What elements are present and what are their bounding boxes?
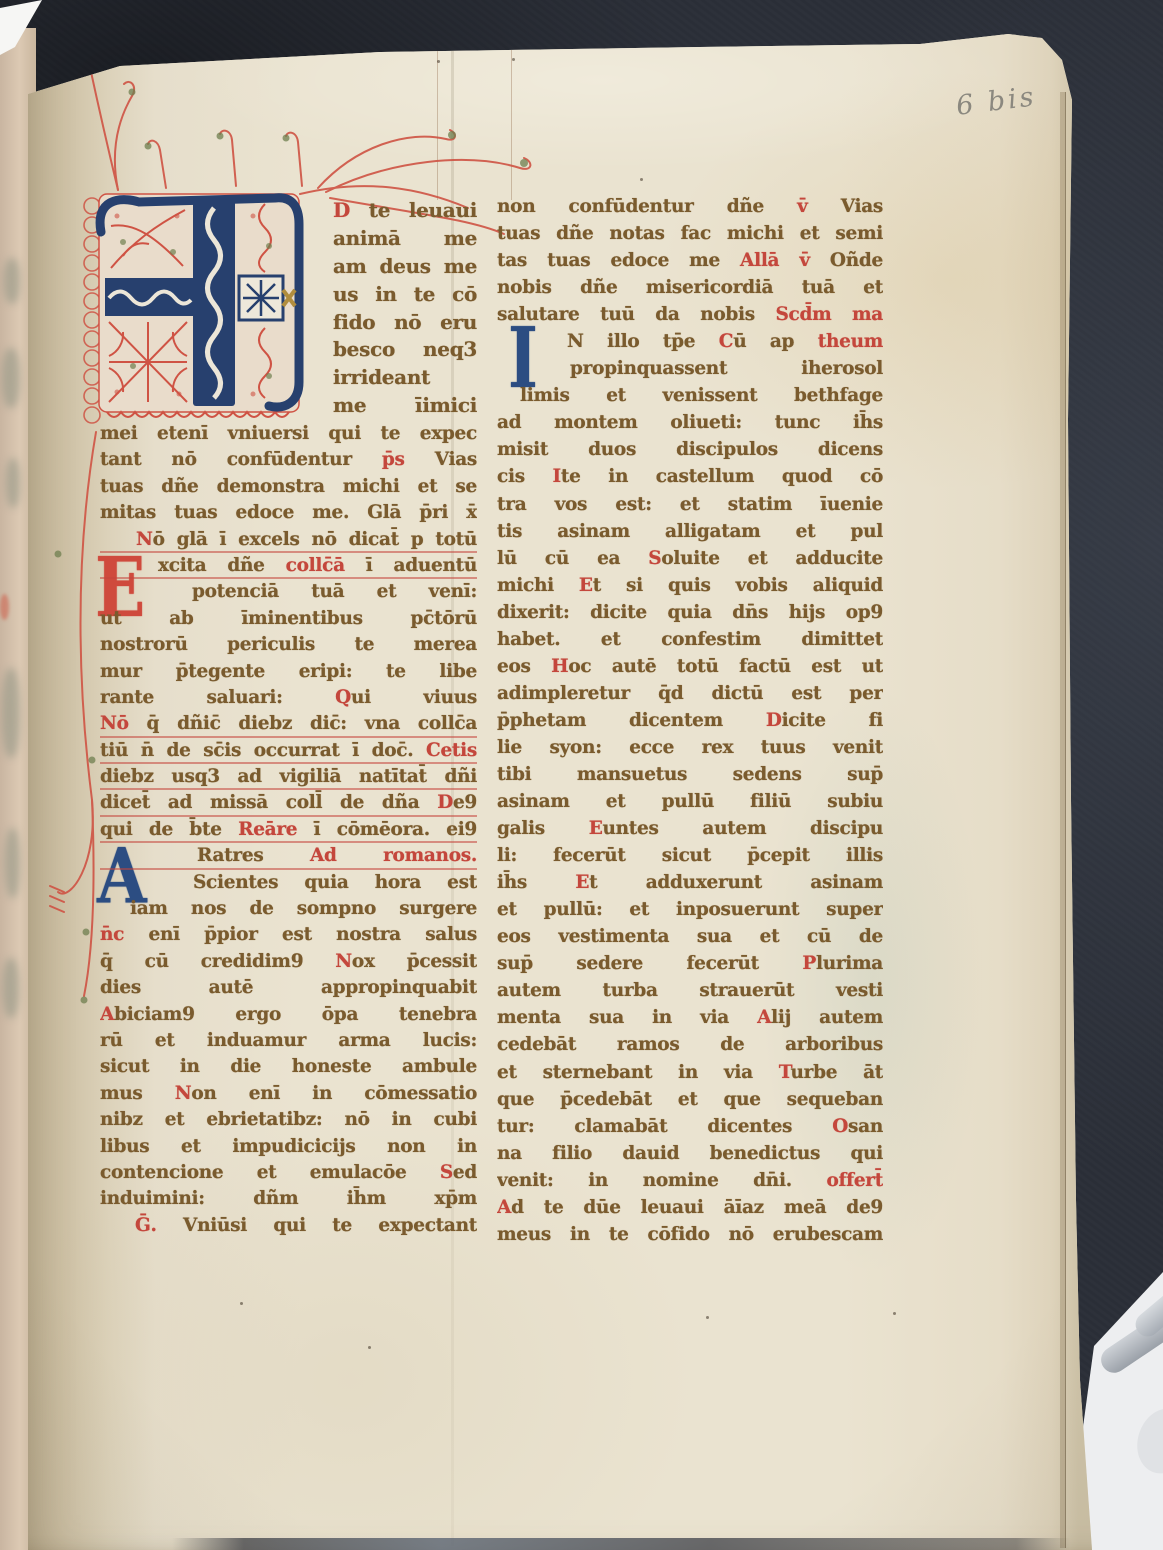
text-line: et pullū: et inposuerunt super <box>497 896 883 923</box>
body-text: michi <box>497 575 579 596</box>
body-text: Vias <box>435 449 477 470</box>
text-line: tuas dñe demonstra michi et se <box>100 474 477 500</box>
text-line: venit: in nomine dn̄i. offert̄ <box>497 1167 883 1194</box>
text-line: eos Hoc autē totū factū est ut <box>497 653 883 680</box>
body-text: ut ab īminentibus pc̄tōrū <box>100 608 477 629</box>
body-text: t adduxerunt asinam <box>589 872 883 893</box>
body-text: tur: clamabāt dicentes <box>497 1116 832 1137</box>
body-text: lū cū ea <box>497 548 648 569</box>
text-line: sup̄ sedere fecerūt Plurima <box>497 950 883 977</box>
rubric-text: collc̄ā <box>286 555 366 576</box>
body-text: tant nō confūdentur <box>100 449 382 470</box>
text-line: contencione et emulacōe Sed <box>100 1160 477 1186</box>
rubric-text: Cetis <box>426 740 477 761</box>
text-line: mus Non enī in cōmessatio <box>100 1081 477 1107</box>
text-line: D te leuaui <box>333 197 477 225</box>
text-line: Nō q̄ dñic̄ diebz dic̄: vna collc̄a <box>100 711 477 737</box>
body-text: tibi mansuetus sedens sup̄ <box>497 764 883 785</box>
rubric-text: Q <box>335 687 351 708</box>
body-text: adimpleretur q̄d dictū est per <box>497 683 883 704</box>
text-line: libus et impudicicijs non in <box>100 1134 477 1160</box>
body-text: potenciā tuā et venī: <box>192 581 477 602</box>
body-text: sicut in die honeste ambule <box>100 1056 477 1077</box>
body-text: cis <box>497 466 553 487</box>
body-text: autem turba strauerūt vesti <box>497 980 883 1001</box>
manuscript-photo: E A I D te leuauianimā meam deus meus in… <box>0 0 1163 1550</box>
body-text: te in castellum quod cō <box>561 466 883 487</box>
text-line: rū et induamur arma lucis: <box>100 1028 477 1054</box>
rubric-text: O <box>832 1116 848 1137</box>
text-line: adimpleretur q̄d dictū est per <box>497 680 883 707</box>
rubric-text: E <box>589 818 603 839</box>
rubric-text: N <box>136 529 153 550</box>
body-text: tiū n̄ de sc̄is occurrat ī doc̄. <box>100 740 426 761</box>
body-text: lij autem <box>771 1007 883 1028</box>
body-text: fido nō eru <box>333 310 477 334</box>
text-line: besco neq3 <box>333 336 477 364</box>
text-line: diebz usq3 ad vigiliā natītat̄ dñi <box>100 764 477 790</box>
body-text: libus et impudicicijs non in <box>100 1136 477 1157</box>
left-column: mei etenī vniuersi qui te expectant nō c… <box>100 421 477 1239</box>
body-text: lurima <box>816 953 883 974</box>
body-text: on enī in cōmessatio <box>191 1083 477 1104</box>
body-text: d te dūe leuaui āīaz meā de9 <box>511 1197 883 1218</box>
rubric-text: Ḡ. <box>135 1215 183 1236</box>
text-line: misit duos discipulos dicens <box>497 436 883 463</box>
body-text: irrideant <box>333 365 430 389</box>
body-text: nobis dñe misericordiā tuā et <box>497 277 883 298</box>
body-text: contencione et emulacōe <box>100 1162 440 1183</box>
body-text: san <box>848 1116 883 1137</box>
text-line: tuas dñe notas fac michi et semi <box>497 220 883 247</box>
text-line: limis et venissent bethfage <box>497 382 883 409</box>
text-line: animā me <box>333 225 477 253</box>
text-line: potenciā tuā et venī: <box>100 579 477 605</box>
text-layer: D te leuauianimā meam deus meus in te cō… <box>0 0 1163 1550</box>
body-text: salutare tuū da nobis <box>497 304 775 325</box>
rubric-text: offert̄ <box>826 1170 883 1191</box>
body-text: tuas dñe demonstra michi et se <box>100 476 477 497</box>
body-text: qui de b̄te <box>100 819 238 840</box>
text-line: tur: clamabāt dicentes Osan <box>497 1113 883 1140</box>
text-line: q̄ cū credidim9 Nox p̄cessit <box>100 949 477 975</box>
text-line: habet. et confestim dimittet <box>497 626 883 653</box>
rubric-text: v̄ <box>797 196 841 217</box>
page-bottom-edge <box>172 1538 1070 1550</box>
text-line: lie syon: ecce rex tuus venit <box>497 734 883 761</box>
rubric-text: n̄c <box>100 924 148 945</box>
body-text: dies autē appropinquabit <box>100 977 477 998</box>
text-line: cis Ite in castellum quod cō <box>497 463 883 490</box>
rubric-text: theum <box>818 331 883 352</box>
body-text: ū ap <box>733 331 818 352</box>
text-line: fido nō eru <box>333 309 477 337</box>
body-text: biciam9 ergo ōpa tenebra <box>114 1004 477 1025</box>
text-line: menta sua in via Alij autem <box>497 1004 883 1031</box>
text-line: autem turba strauerūt vesti <box>497 977 883 1004</box>
text-line: ad montem oliueti: tunc ih̄s <box>497 409 883 436</box>
body-text: Oñde <box>830 250 883 271</box>
rubric-text: E <box>575 872 589 893</box>
text-line: us in te cō <box>333 281 477 309</box>
body-text: ox p̄cessit <box>352 951 477 972</box>
body-text: mei etenī vniuersi qui te expec <box>100 423 477 444</box>
body-text: sup̄ sedere fecerūt <box>497 953 802 974</box>
body-text: meus in te cōfido nō erubescam <box>497 1224 883 1245</box>
show-through-text <box>5 828 20 898</box>
text-line: et sternebant in via Turbe āt <box>497 1059 883 1086</box>
text-line: mei etenī vniuersi qui te expec <box>100 421 477 447</box>
text-line: li: fecerūt sicut p̄cepit illis <box>497 842 883 869</box>
text-line: propinquassent iherosol <box>497 355 883 382</box>
text-line: mitas tuas edoce me. Glā p̄ri x̄ <box>100 500 477 526</box>
show-through-text <box>4 258 20 304</box>
body-text: nibz et ebrietatibz: nō in cubi <box>100 1109 477 1130</box>
text-line: nostrorū periculis te merea <box>100 632 477 658</box>
body-text: ī aduentū <box>366 555 477 576</box>
body-text: oluite et adducite <box>661 548 883 569</box>
body-text: me īimici <box>333 393 477 417</box>
text-line: lū cū ea Soluite et adducite <box>497 545 883 572</box>
show-through-text <box>2 668 20 758</box>
text-line: p̄phetam dicentem Dicite fi <box>497 707 883 734</box>
text-line: induimini: dñm ih̄m xp̄m <box>100 1186 477 1212</box>
text-line: Ḡ. Vniūsi qui te expectant <box>100 1213 477 1239</box>
body-text: us in te cō <box>333 282 477 306</box>
body-text: habet. et confestim dimittet <box>497 629 883 650</box>
text-line: tas tuas edoce me Allā v̄ Oñde <box>497 247 883 274</box>
body-text: t si quis vobis aliquid <box>593 575 883 596</box>
rubric-text: E <box>579 575 593 596</box>
text-line: Scientes quia hora est <box>100 870 477 896</box>
text-line: tis asinam alligatam et pul <box>497 518 883 545</box>
body-text: venit: in nomine dn̄i. <box>497 1170 826 1191</box>
body-text: que p̄cedebāt et que sequeban <box>497 1089 883 1110</box>
body-text: ad montem oliueti: tunc ih̄s <box>497 412 883 433</box>
text-line: non confūdentur dñe v̄ Vias <box>497 193 883 220</box>
rubric-text: S <box>440 1162 453 1183</box>
body-text: dixerit: dicite quia dn̄s hijs op9 <box>497 602 883 623</box>
text-line: dicet̄ ad missā coll̄ de dña De9 <box>100 790 477 816</box>
body-text: propinquassent iherosol <box>570 358 883 379</box>
body-text: induimini: dñm ih̄m xp̄m <box>100 1188 477 1209</box>
text-line: iam nos de sompno surgere <box>100 896 477 922</box>
text-line: n̄c enī p̄pior est nostra salus <box>100 922 477 948</box>
body-text: dicet̄ ad missā coll̄ de dña <box>100 792 437 813</box>
body-text: na filio dauid benedictus qui <box>497 1143 883 1164</box>
body-text: mitas tuas edoce me. Glā p̄ri x̄ <box>100 502 477 523</box>
rubric-text: Reāre <box>238 819 314 840</box>
text-line: cedebāt ramos de arboribus <box>497 1031 883 1058</box>
body-text: enī p̄pior est nostra salus <box>148 924 477 945</box>
text-line: nobis dñe misericordiā tuā et <box>497 274 883 301</box>
body-text: urbe āt <box>790 1062 883 1083</box>
rubric-text: D <box>766 710 782 731</box>
intro-column: D te leuauianimā meam deus meus in te cō… <box>333 197 477 420</box>
body-text: non confūdentur dñe <box>497 196 797 217</box>
text-line: michi Et si quis vobis aliquid <box>497 572 883 599</box>
text-line: nibz et ebrietatibz: nō in cubi <box>100 1107 477 1133</box>
body-text: tuas dñe notas fac michi et semi <box>497 223 883 244</box>
body-text: mur p̄tegente eripi: te libe <box>100 661 477 682</box>
text-line: me īimici <box>333 392 477 420</box>
body-text: Scientes quia hora est <box>193 872 477 893</box>
text-line: qui de b̄te Reāre ī cōmēora. ei9 <box>100 817 477 843</box>
show-through-text <box>6 458 20 508</box>
body-text: besco neq3 <box>333 337 477 361</box>
body-text: ī cōmēora. ei9 <box>314 819 477 840</box>
body-text: eos <box>497 656 551 677</box>
body-text: galis <box>497 818 589 839</box>
text-line: ih̄s Et adduxerunt asinam <box>497 869 883 896</box>
show-through-text <box>2 348 20 408</box>
show-through-rubric <box>0 594 9 620</box>
text-line: tibi mansuetus sedens sup̄ <box>497 761 883 788</box>
rubric-text: p̄s <box>382 449 435 470</box>
body-text: ih̄s <box>497 872 575 893</box>
text-line: ut ab īminentibus pc̄tōrū <box>100 606 477 632</box>
text-line: que p̄cedebāt et que sequeban <box>497 1086 883 1113</box>
body-text: ō glā ī excels nō dicat̄ p totū <box>153 529 477 550</box>
rubric-text: S <box>648 548 661 569</box>
rubric-text: A <box>757 1007 771 1028</box>
body-text: limis et venissent bethfage <box>520 385 883 406</box>
body-text: rū et induamur arma lucis: <box>100 1030 477 1051</box>
text-line: irrideant <box>333 364 477 392</box>
body-text: lie syon: ecce rex tuus venit <box>497 737 883 758</box>
body-text: Vias <box>841 196 883 217</box>
text-line: Ratres Ad romanos. <box>100 843 477 869</box>
text-line: salutare tuū da nobis Scd̄m ma <box>497 301 883 328</box>
rubric-text: A <box>100 1004 114 1025</box>
text-line: rante saluari: Qui viuus <box>100 685 477 711</box>
rubric-text: D <box>333 198 369 222</box>
text-line: sicut in die honeste ambule <box>100 1054 477 1080</box>
body-text: Vniūsi qui te expectant <box>183 1215 477 1236</box>
body-text: animā me <box>333 226 477 250</box>
body-text: cedebāt ramos de arboribus <box>497 1034 883 1055</box>
text-line: meus in te cōfido nō erubescam <box>497 1221 883 1248</box>
body-text: q̄ dñic̄ diebz dic̄: vna collc̄a <box>147 713 477 734</box>
body-text: et sternebant in via <box>497 1062 779 1083</box>
rubric-text: N <box>335 951 352 972</box>
rubric-text: Nō <box>100 713 147 734</box>
rubric-text: A <box>497 1197 511 1218</box>
rubric-text: H <box>551 656 568 677</box>
body-text: xcita dñe <box>158 555 286 576</box>
body-text: icite fi <box>782 710 883 731</box>
body-text: ed <box>453 1162 477 1183</box>
body-text: te leuaui <box>369 198 477 222</box>
body-text: Ratres <box>197 845 310 866</box>
text-line: eos vestimenta sua et cū de <box>497 923 883 950</box>
body-text: li: fecerūt sicut p̄cepit illis <box>497 845 883 866</box>
text-line: Nō glā ī excels nō dicat̄ p totū <box>100 527 477 553</box>
text-line: N illo tp̄e Cū ap theum <box>497 328 883 355</box>
body-text: am deus me <box>333 254 477 278</box>
body-text: untes autem discipu <box>603 818 884 839</box>
body-text: diebz usq3 ad vigiliā natītat̄ dñi <box>100 766 477 787</box>
text-line: tant nō confūdentur p̄s Vias <box>100 447 477 473</box>
rubric-text: Ad romanos. <box>310 845 477 866</box>
body-text: q̄ cū credidim9 <box>100 951 335 972</box>
body-text: e9 <box>453 792 477 813</box>
text-line: na filio dauid benedictus qui <box>497 1140 883 1167</box>
text-line: tra vos est: et statim īuenie <box>497 491 883 518</box>
body-text: et pullū: et inposuerunt super <box>497 899 883 920</box>
rubric-text: T <box>779 1062 791 1083</box>
body-text: mus <box>100 1083 175 1104</box>
text-line: mur p̄tegente eripi: te libe <box>100 659 477 685</box>
body-text: iam nos de sompno surgere <box>130 898 477 919</box>
body-text: p̄phetam dicentem <box>497 710 766 731</box>
body-text: asinam et pullū filiū subiu <box>497 791 883 812</box>
text-line: tiū n̄ de sc̄is occurrat ī doc̄. Cetis <box>100 738 477 764</box>
text-line: dies autē appropinquabit <box>100 975 477 1001</box>
rubric-text: D <box>437 792 453 813</box>
rubric-text: C <box>719 331 733 352</box>
text-line: xcita dñe collc̄ā ī aduentū <box>100 553 477 579</box>
body-text: tas tuas edoce me <box>497 250 740 271</box>
body-text: misit duos discipulos dicens <box>497 439 883 460</box>
body-text: N illo tp̄e <box>567 331 719 352</box>
body-text: eos vestimenta sua et cū de <box>497 926 883 947</box>
rubric-text: Scd̄m ma <box>775 304 883 325</box>
body-text: ui viuus <box>351 687 477 708</box>
text-line: dixerit: dicite quia dn̄s hijs op9 <box>497 599 883 626</box>
manuscript-page: E A I D te leuauianimā meam deus meus in… <box>0 0 1163 1550</box>
body-text: nostrorū periculis te merea <box>100 634 477 655</box>
body-text: tis asinam alligatam et pul <box>497 521 883 542</box>
text-line: Abiciam9 ergo ōpa tenebra <box>100 1002 477 1028</box>
body-text: tra vos est: et statim īuenie <box>497 494 883 515</box>
show-through-text <box>3 958 19 1018</box>
text-line: am deus me <box>333 253 477 281</box>
rubric-text: I <box>553 466 561 487</box>
text-line: galis Euntes autem discipu <box>497 815 883 842</box>
rubric-text: Allā v̄ <box>740 250 830 271</box>
text-line: asinam et pullū filiū subiu <box>497 788 883 815</box>
text-line: Ad te dūe leuaui āīaz meā de9 <box>497 1194 883 1221</box>
body-text: menta sua in via <box>497 1007 757 1028</box>
rubric-text: N <box>175 1083 192 1104</box>
rubric-text: P <box>802 953 816 974</box>
right-column: non confūdentur dñe v̄ Viastuas dñe nota… <box>497 193 883 1248</box>
body-text: rante saluari: <box>100 687 335 708</box>
body-text: oc autē totū factū est ut <box>568 656 883 677</box>
